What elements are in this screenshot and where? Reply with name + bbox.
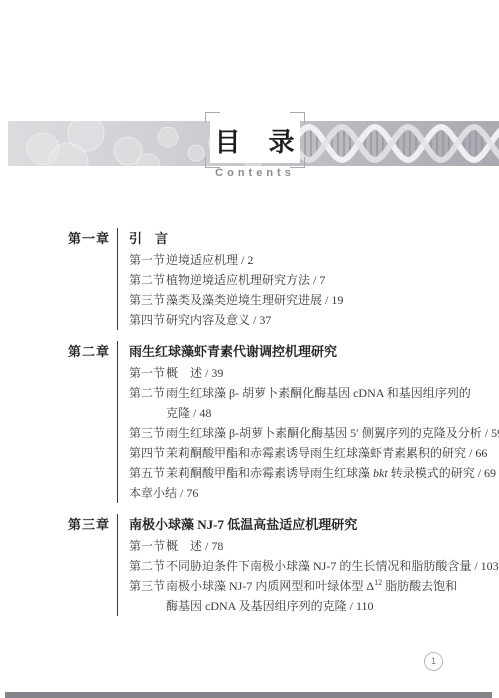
chapter-body: 南极小球藻 NJ-7 低温高盐适应机理研究 第一节 概 述 / 78 第二节 不… [117,514,468,616]
section-number: 第五节 [129,463,166,483]
gene-name-italic: bkt [373,466,388,480]
toc-entry: 第二节 不同胁迫条件下南极小球藻 NJ-7 的生长情况和脂肪酸含量 / 103 [129,556,468,576]
section-number: 第二节 [129,556,166,576]
chapter-title: 南极小球藻 NJ-7 低温高盐适应机理研究 [129,514,468,536]
toc-entry: 第一节 概 述 / 78 [129,536,468,556]
toc-entry: 第三节 雨生红球藻 β-胡萝卜素酮化酶基因 5′ 侧翼序列的克隆及分析 / 59 [129,423,468,443]
chapter-label: 第二章 [68,341,117,503]
page-subtitle: Contents [193,167,317,179]
section-number: 第一节 [129,363,166,383]
title-frame: 目 录 Contents [205,112,305,168]
section-title: 雨生红球藻 β-胡萝卜素酮化酶基因 5′ 侧翼序列的克隆及分析 / 59 [166,423,468,443]
chapter-2: 第二章 雨生红球藻虾青素代谢调控机理研究 第一节 概 述 / 39 第二节 雨生… [68,341,468,503]
toc-entry: 第二节 雨生红球藻 β- 胡萝卜素酮化酶基因 cDNA 和基因组序列的 克隆 /… [129,383,468,423]
chapter-summary-entry: 本章小结 / 76 [129,483,468,503]
chapter-body: 引 言 第一节 逆境适应机理 / 2 第二节 植物逆境适应机理研究方法 / 7 … [117,228,468,330]
section-number: 第四节 [129,443,166,463]
section-title: 茉莉酮酸甲酯和赤霉素诱导雨生红球藻虾青素累积的研究 / 66 [166,443,468,463]
chapter-3: 第三章 南极小球藻 NJ-7 低温高盐适应机理研究 第一节 概 述 / 78 第… [68,514,468,616]
toc-entry: 第五节 茉莉酮酸甲酯和赤霉素诱导雨生红球藻 bkt 转录模式的研究 / 69 [129,463,468,483]
section-title: 概 述 / 78 [166,536,223,556]
section-title: 逆境适应机理 / 2 [166,250,253,270]
section-number: 第三节 [129,290,166,310]
section-title: 茉莉酮酸甲酯和赤霉素诱导雨生红球藻 bkt 转录模式的研究 / 69 [166,463,468,483]
section-title: 植物逆境适应机理研究方法 / 7 [166,270,325,290]
section-number: 第二节 [129,270,166,290]
title-box: 目 录 [210,117,300,163]
chapter-label: 第一章 [68,228,117,330]
chapter-title: 雨生红球藻虾青素代谢调控机理研究 [129,341,468,363]
section-number: 第二节 [129,383,166,423]
delta-superscript: 12 [374,578,382,587]
section-number: 第一节 [129,536,166,556]
section-title: 概 述 / 39 [166,363,223,383]
toc-entry: 第二节 植物逆境适应机理研究方法 / 7 [129,270,468,290]
toc-entry: 第四节 茉莉酮酸甲酯和赤霉素诱导雨生红球藻虾青素累积的研究 / 66 [129,443,468,463]
section-title: 不同胁迫条件下南极小球藻 NJ-7 的生长情况和脂肪酸含量 / 103 [166,556,468,576]
page-title: 目 录 [214,122,295,159]
section-title: 藻类及藻类逆境生理研究进展 / 19 [166,290,343,310]
section-title: 雨生红球藻 β- 胡萝卜素酮化酶基因 cDNA 和基因组序列的 克隆 / 48 [166,383,468,423]
page-bottom-edge [5,692,492,698]
section-number: 第三节 [129,423,166,443]
chapter-label: 第三章 [68,514,117,616]
toc-page: 目 录 Contents 第一章 引 言 第一节 逆境适应机理 / 2 第二节 … [0,0,499,698]
section-number: 第一节 [129,250,166,270]
toc-entry: 第三节 藻类及藻类逆境生理研究进展 / 19 [129,290,468,310]
chapter-body: 雨生红球藻虾青素代谢调控机理研究 第一节 概 述 / 39 第二节 雨生红球藻 … [117,341,468,503]
section-title: 南极小球藻 NJ-7 内质网型和叶绿体型 Δ12 脂肪酸去饱和 酶基因 cDNA… [166,576,457,616]
chapter-title: 引 言 [129,228,468,250]
chapter-1: 第一章 引 言 第一节 逆境适应机理 / 2 第二节 植物逆境适应机理研究方法 … [68,228,468,330]
section-number: 第四节 [129,310,166,330]
section-number: 第三节 [129,576,166,616]
section-title: 研究内容及意义 / 37 [166,310,271,330]
toc-entry: 第四节 研究内容及意义 / 37 [129,310,468,330]
toc-entry: 第一节 逆境适应机理 / 2 [129,250,468,270]
page-number-badge: 1 [424,652,443,671]
toc-entry: 第一节 概 述 / 39 [129,363,468,383]
toc-entry: 第三节 南极小球藻 NJ-7 内质网型和叶绿体型 Δ12 脂肪酸去饱和 酶基因 … [129,576,468,616]
table-of-contents: 第一章 引 言 第一节 逆境适应机理 / 2 第二节 植物逆境适应机理研究方法 … [68,228,468,627]
